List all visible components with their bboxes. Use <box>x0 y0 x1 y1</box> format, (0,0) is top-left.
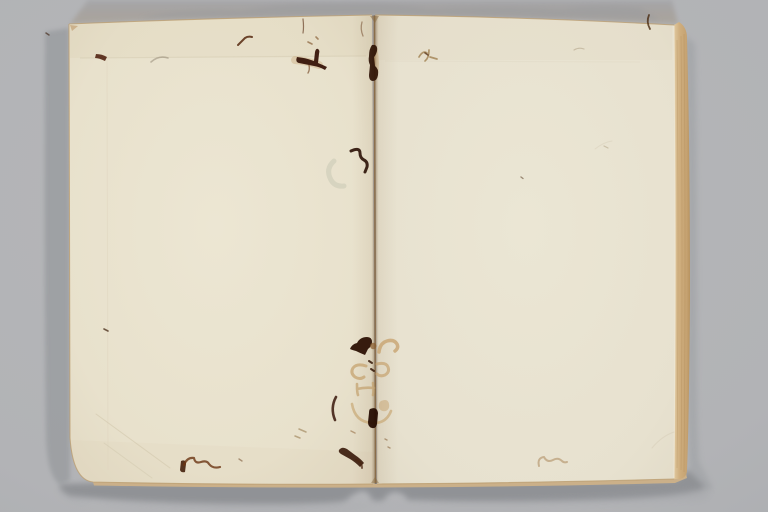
stain-top-edge-crack <box>303 19 304 33</box>
stain-dark-blob <box>368 408 378 428</box>
book-photograph <box>0 0 768 512</box>
left-shadow <box>45 28 70 484</box>
stain-cluster-join-dot <box>370 343 376 349</box>
photo-stage <box>0 0 768 512</box>
right-page <box>375 15 676 484</box>
stain-light-blob-right <box>379 400 389 411</box>
left-page <box>69 15 375 484</box>
